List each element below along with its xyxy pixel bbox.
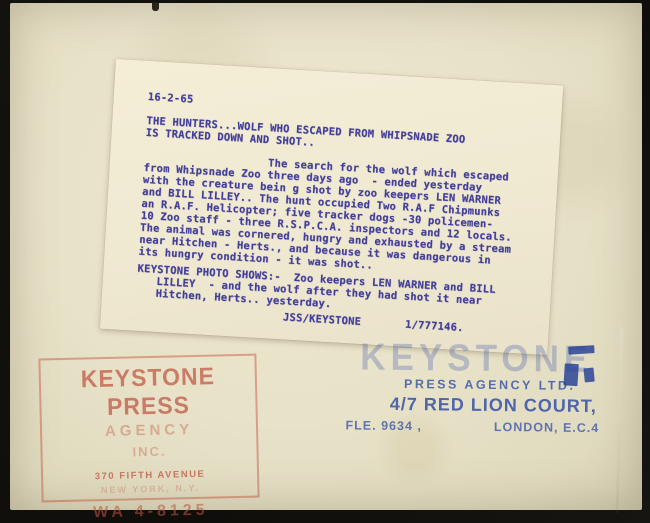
photographer-credit: JSS/KEYSTONE — [283, 311, 362, 328]
red-stamp-name: KEYSTONE PRESS — [41, 361, 256, 423]
photo-back-paper: 16-2-65 THE HUNTERS...WOLF WHO ESCAPED F… — [10, 3, 642, 510]
blue-stamp-city: LONDON, E.C.4 — [494, 420, 600, 435]
red-stamp-agency: AGENCY — [42, 420, 256, 442]
blue-stamp-phone: FLE. 9634 , — [346, 418, 422, 433]
blue-stamp-phone-city-row: FLE. 9634 , LONDON, E.C.4 — [346, 418, 646, 435]
keystone-ltd-stamp: KEYSTONE PRESS AGENCY LTD. 4/7 RED LION … — [346, 337, 647, 435]
blue-stamp-address: 4/7 RED LION COURT, — [390, 394, 646, 418]
photo-reference-number: 1/777146. — [405, 319, 464, 334]
red-stamp-phone: WA 4-8125 — [44, 501, 258, 523]
red-stamp-address: 370 FIFTH AVENUE — [43, 468, 257, 484]
blue-ink-smudge — [568, 345, 594, 355]
edge-notch-mark — [152, 2, 159, 11]
blue-ink-smudge — [563, 363, 578, 386]
red-stamp-inc: INC. — [42, 442, 256, 462]
caption-body: The search for the wolf which escaped fr… — [138, 150, 558, 282]
blue-ink-smudge — [583, 368, 594, 383]
red-stamp-city: NEW YORK, N.Y. — [43, 482, 257, 497]
keystone-press-inc-stamp: KEYSTONE PRESS AGENCY INC. 370 FIFTH AVE… — [38, 354, 259, 503]
blue-stamp-name: KEYSTONE — [360, 336, 646, 382]
caption-slip: 16-2-65 THE HUNTERS...WOLF WHO ESCAPED F… — [100, 59, 563, 355]
